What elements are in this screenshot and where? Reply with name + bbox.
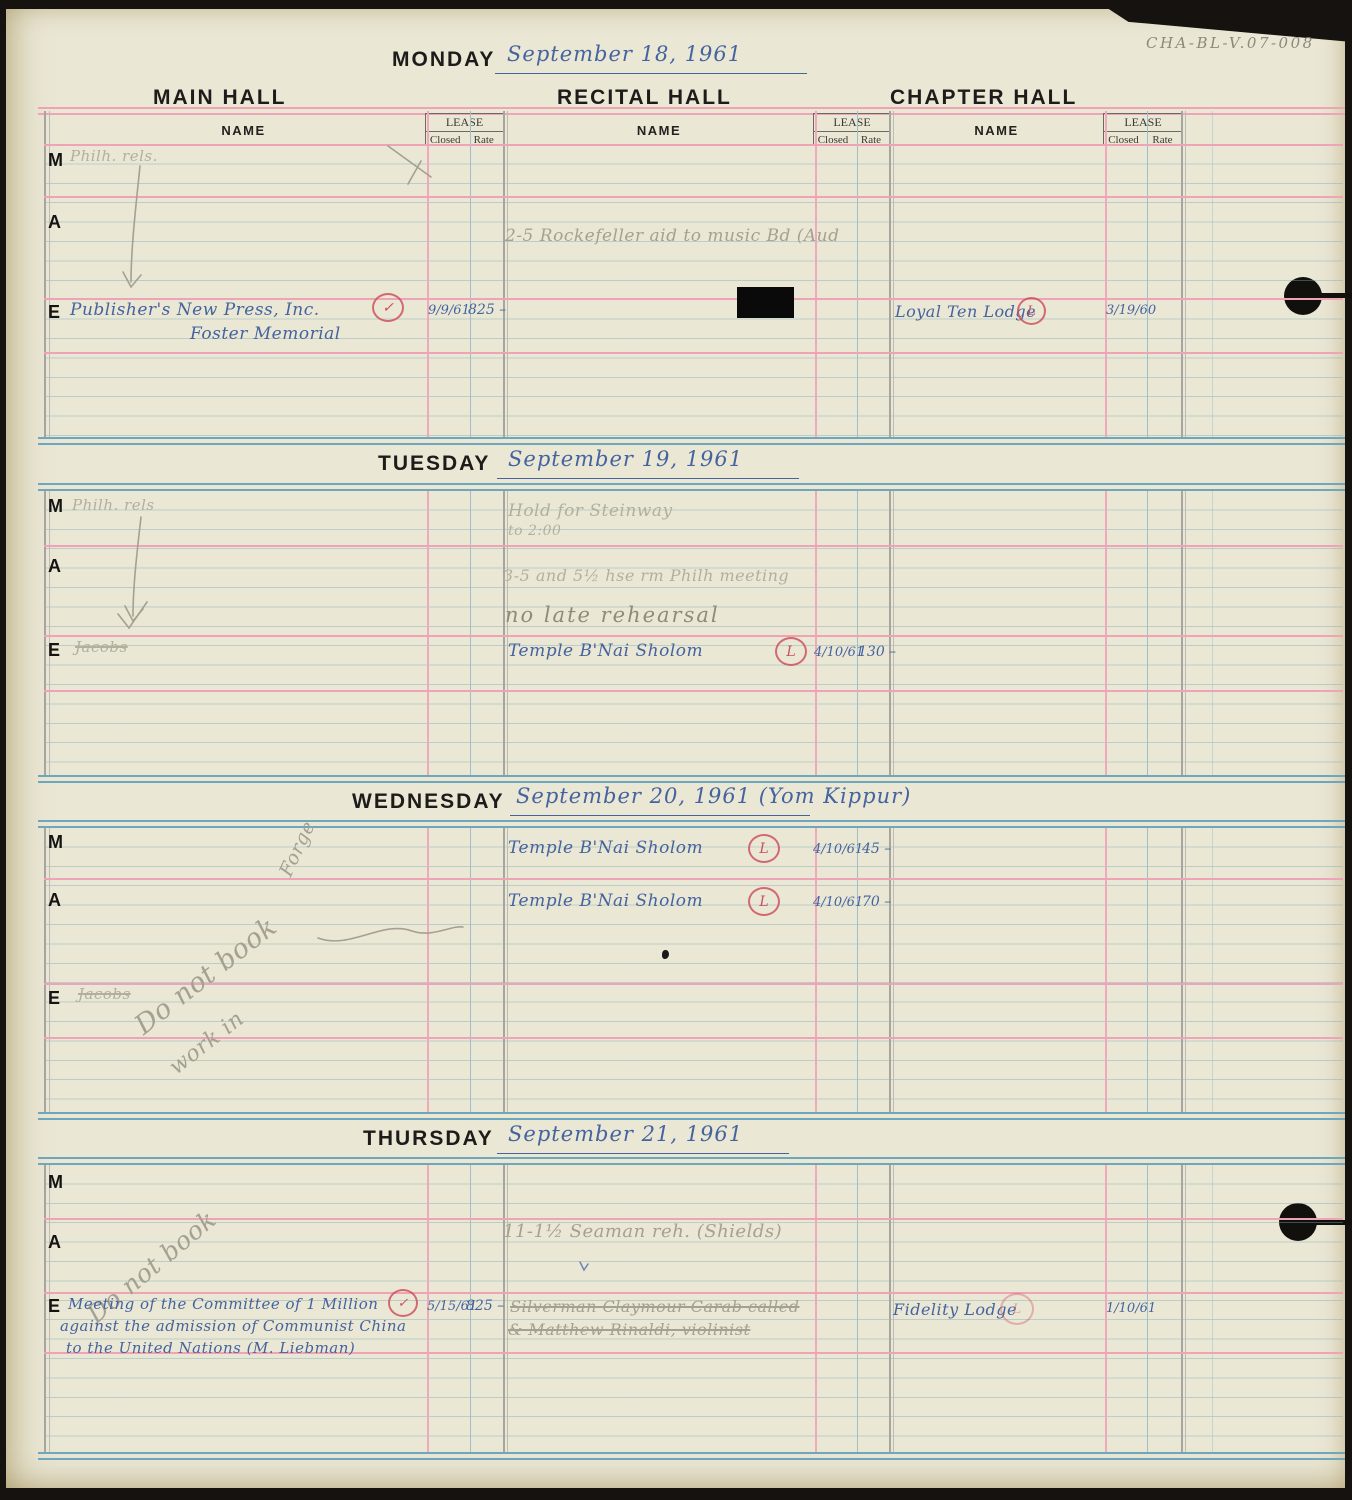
entry-thursday-recital-afternoon-note: 11-1½ Seaman reh. (Shields) [503, 1221, 782, 1242]
grid-vertical-line [1147, 490, 1148, 775]
grid-vertical-line [857, 490, 858, 775]
grid-vertical-line [507, 1164, 508, 1452]
grid-vertical-line [857, 827, 858, 1112]
grid-vertical-line [1212, 827, 1213, 1112]
grid-vertical-line [427, 111, 429, 437]
date-underline [510, 814, 810, 816]
row-label-m-monday: M [48, 150, 63, 171]
lease-mark-tuesday-recital: L [775, 637, 807, 666]
grid-vertical-line [1105, 827, 1107, 1112]
pink-row-rule [44, 1218, 1343, 1220]
grid-vertical-line [507, 111, 508, 437]
grid-vertical-line [889, 490, 891, 775]
grid-vertical-line [44, 490, 46, 775]
grid-vertical-line [1105, 490, 1107, 775]
entry-tuesday-recital-morning-note2: to 2:00 [508, 523, 561, 539]
grid-vertical-line [470, 827, 471, 1112]
grid-tuesday [38, 490, 1345, 775]
entry-monday-chapter-closed: 3/19/60 [1106, 303, 1156, 318]
day-label-thursday: THURSDAY [363, 1127, 494, 1151]
section-divider [38, 483, 1345, 491]
pink-row-rule [44, 545, 1343, 547]
row-label-e-monday: E [48, 302, 60, 323]
check-icon: ✓ [398, 1296, 409, 1311]
grid-vertical-line [427, 490, 429, 775]
row-label-m-thursday: M [48, 1172, 63, 1193]
entry-monday-main-rate: 825 – [468, 302, 506, 318]
grid-vertical-line [470, 490, 471, 775]
pink-row-rule [44, 635, 1343, 637]
row-label-e-tuesday: E [48, 640, 60, 661]
check-icon: ✓ [382, 300, 394, 316]
grid-vertical-line [815, 827, 817, 1112]
date-underline [495, 72, 807, 74]
day-label-monday: MONDAY [392, 48, 495, 72]
entry-monday-main-evening-name1: Publisher's New Press, Inc. [70, 300, 320, 320]
grid-vertical-line [893, 111, 894, 437]
entry-wednesday-recital-a-closed: 4/10/61 [813, 895, 863, 910]
redaction-box [737, 287, 794, 318]
entry-thursday-recital-evening-struck2: & Matthew Rinaldi, violinist [508, 1320, 750, 1339]
grid-vertical-line [1105, 111, 1107, 437]
section-divider [38, 1452, 1345, 1460]
grid-vertical-line [503, 111, 505, 437]
entry-wednesday-recital-m-rate: 45 – [862, 841, 891, 857]
lease-check-thursday-main: ✓ [388, 1289, 418, 1317]
day-date-tuesday: September 19, 1961 [508, 447, 743, 471]
entry-tuesday-recital-evening-name: Temple B'Nai Sholom [508, 641, 703, 661]
entry-tuesday-recital-morning-note1: Hold for Steinway [508, 501, 673, 521]
grid-vertical-line [857, 111, 858, 437]
grid-vertical-line [507, 827, 508, 1112]
lease-mark-letter: L [1027, 304, 1036, 319]
grid-vertical-line [815, 490, 817, 775]
day-date-thursday: September 21, 1961 [508, 1122, 743, 1146]
grid-vertical-line [815, 111, 817, 437]
lease-mark-letter: L [759, 841, 768, 857]
date-underline [497, 477, 799, 479]
entry-monday-main-closed: 9/9/61 [428, 303, 470, 318]
lease-mark-letter: L [759, 894, 768, 910]
grid-vertical-line [44, 827, 46, 1112]
entry-thursday-main-rate: 825 – [466, 1298, 504, 1314]
pink-row-rule [44, 690, 1343, 692]
grid-vertical-line [857, 1164, 858, 1452]
pink-row-rule [44, 352, 1343, 354]
entry-thursday-chapter-closed: 1/10/61 [1106, 1301, 1156, 1316]
row-label-e-thursday: E [48, 1296, 60, 1317]
lease-mark-monday-chapter: L [1017, 297, 1046, 325]
lease-mark-letter: L [786, 644, 795, 660]
entry-wednesday-recital-morning-name: Temple B'Nai Sholom [508, 838, 703, 858]
grid-vertical-line [815, 1164, 817, 1452]
grid-vertical-line [1181, 490, 1183, 775]
row-label-m-wednesday: M [48, 832, 63, 853]
entry-thursday-main-evening-line1: Meeting of the Committee of 1 Million [68, 1295, 378, 1313]
entry-monday-recital-afternoon-note: 2-5 Rockefeller aid to music Bd (Aud [505, 226, 840, 246]
grid-vertical-line [889, 1164, 891, 1452]
section-divider [38, 437, 1345, 445]
grid-vertical-line [1185, 111, 1186, 437]
section-divider [38, 820, 1345, 828]
entry-tuesday-main-evening-struck: Jacobs [75, 638, 128, 656]
entry-tuesday-recital-afternoon-note2: no late rehearsal [505, 603, 720, 627]
entry-thursday-main-evening-line3: to the United Nations (M. Liebman) [66, 1339, 355, 1357]
grid-vertical-line [44, 1164, 46, 1452]
pink-row-rule [44, 983, 1343, 985]
section-divider [38, 1112, 1345, 1120]
row-label-a-wednesday: A [48, 890, 61, 911]
entry-wednesday-recital-m-closed: 4/10/61 [813, 842, 863, 857]
entry-tuesday-main-morning-note: Philh. rels [72, 496, 155, 514]
entry-monday-main-morning-note: Philh. rels. [70, 147, 158, 165]
grid-vertical-line [1185, 490, 1186, 775]
row-label-a-monday: A [48, 212, 61, 233]
pink-row-rule [44, 1037, 1343, 1039]
scanned-ledger-page: CHA-BL-V.07-008 MONDAY September 18, 196… [0, 0, 1352, 1500]
grid-vertical-line [49, 827, 50, 1112]
entry-wednesday-recital-afternoon-name: Temple B'Nai Sholom [508, 891, 703, 911]
lease-mark-thursday-chapter: L [1000, 1293, 1034, 1325]
archive-code: CHA-BL-V.07-008 [1146, 34, 1315, 52]
lease-check-monday-main: ✓ [372, 293, 404, 322]
ruled-lines [44, 490, 1343, 775]
entry-tuesday-recital-closed: 4/10/61 [814, 645, 864, 660]
lease-mark-letter: L [1013, 1302, 1022, 1317]
row-label-m-tuesday: M [48, 496, 63, 517]
day-date-monday: September 18, 1961 [507, 42, 742, 66]
grid-vertical-line [503, 827, 505, 1112]
entry-wednesday-main-evening-struck: Jacobs [78, 985, 131, 1003]
grid-vertical-line [893, 827, 894, 1112]
grid-vertical-line [1181, 827, 1183, 1112]
pink-row-rule [44, 144, 1343, 146]
day-date-wednesday: September 20, 1961 (Yom Kippur) [516, 784, 911, 808]
entry-thursday-recital-evening-struck1: Silverman Claymour Carab called [510, 1297, 799, 1316]
grid-vertical-line [503, 490, 505, 775]
date-underline [497, 1152, 789, 1154]
grid-vertical-line [889, 827, 891, 1112]
pink-row-rule [44, 878, 1343, 880]
entry-tuesday-recital-rate: 130 – [858, 644, 896, 660]
entry-monday-chapter-evening-name: Loyal Ten Lodge [895, 302, 1036, 321]
entry-thursday-chapter-evening-name: Fidelity Lodge [893, 1300, 1017, 1319]
grid-vertical-line [1147, 827, 1148, 1112]
entry-thursday-main-evening-line2: against the admission of Communist China [60, 1317, 406, 1335]
section-divider [38, 775, 1345, 783]
row-label-e-wednesday: E [48, 988, 60, 1009]
pink-row-rule [44, 196, 1343, 198]
grid-monday [38, 111, 1345, 437]
row-label-a-thursday: A [48, 1232, 61, 1253]
grid-vertical-line [893, 490, 894, 775]
grid-vertical-line [1181, 111, 1183, 437]
grid-vertical-line [1147, 111, 1148, 437]
grid-vertical-line [1181, 1164, 1183, 1452]
grid-vertical-line [470, 111, 471, 437]
grid-vertical-line [1185, 827, 1186, 1112]
grid-vertical-line [1212, 1164, 1213, 1452]
grid-vertical-line [1185, 1164, 1186, 1452]
entry-tuesday-recital-afternoon-note1: 3-5 and 5½ hse rm Philh meeting [503, 566, 789, 585]
entry-monday-main-evening-name2: Foster Memorial [190, 324, 341, 344]
day-label-tuesday: TUESDAY [378, 452, 490, 476]
grid-vertical-line [44, 111, 46, 437]
pink-row-rule [44, 1292, 1343, 1294]
section-divider [38, 1157, 1345, 1165]
grid-vertical-line [889, 111, 891, 437]
entry-wednesday-recital-a-rate: 70 – [862, 894, 891, 910]
grid-vertical-line [427, 827, 429, 1112]
row-label-a-tuesday: A [48, 556, 61, 577]
day-label-wednesday: WEDNESDAY [352, 790, 505, 814]
lease-mark-wednesday-recital-a: L [748, 887, 780, 916]
ruled-lines [44, 144, 1343, 437]
grid-vertical-line [1212, 490, 1213, 775]
grid-vertical-line [49, 490, 50, 775]
grid-vertical-line [1212, 111, 1213, 437]
lease-mark-wednesday-recital-m: L [748, 834, 780, 863]
